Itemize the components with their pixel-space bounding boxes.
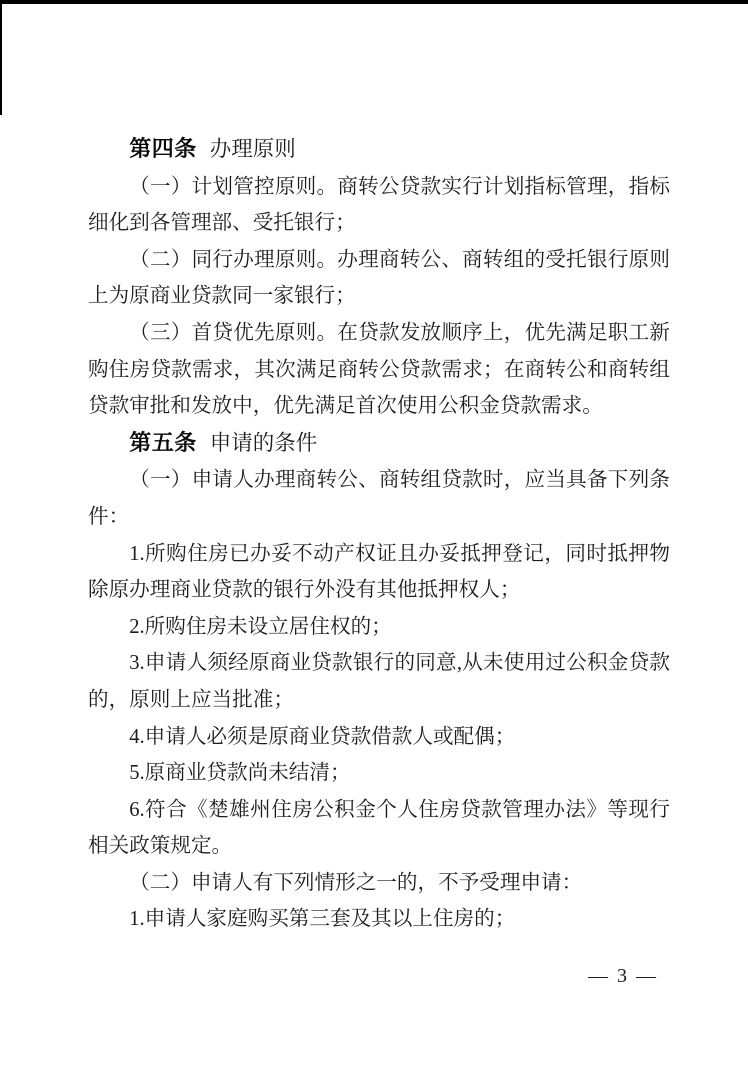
- document-body: 第四条办理原则（一）计划管控原则。商转公贷款实行计划指标管理，指标细化到各管理部…: [88, 131, 670, 938]
- article-heading: 第四条办理原则: [88, 131, 670, 169]
- article-number: 第四条: [129, 136, 197, 161]
- paragraph: （一）计划管控原则。商转公贷款实行计划指标管理，指标细化到各管理部、受托银行；: [88, 169, 670, 242]
- article-title: 申请的条件: [210, 431, 318, 455]
- paragraph: 2.所购住房未设立居住权的；: [88, 609, 670, 646]
- paragraph: （三）首贷优先原则。在贷款发放顺序上，优先满足职工新购住房贷款需求，其次满足商转…: [88, 315, 670, 425]
- paragraph: 3.申请人须经原商业贷款银行的同意,从未使用过公积金贷款的，原则上应当批准；: [88, 645, 670, 718]
- paragraph: 5.原商业贷款尚未结清；: [88, 755, 670, 792]
- paragraph: （一）申请人办理商转公、商转组贷款时，应当具备下列条件：: [88, 462, 670, 535]
- document-page: 第四条办理原则（一）计划管控原则。商转公贷款实行计划指标管理，指标细化到各管理部…: [0, 0, 748, 1069]
- paragraph: 1.申请人家庭购买第三套及其以上住房的；: [88, 901, 670, 938]
- scan-edge-top-bar: [0, 0, 748, 4]
- page-number: — 3 —: [586, 965, 660, 988]
- article-heading: 第五条申请的条件: [88, 425, 670, 463]
- article-title: 办理原则: [210, 137, 296, 161]
- article-number: 第五条: [129, 430, 197, 455]
- scan-edge-left-strip: [0, 0, 2, 115]
- paragraph: 4.申请人必须是原商业贷款借款人或配偶；: [88, 719, 670, 756]
- paragraph: （二）同行办理原则。办理商转公、商转组的受托银行原则上为原商业贷款同一家银行；: [88, 242, 670, 315]
- paragraph: 6.符合《楚雄州住房公积金个人住房贷款管理办法》等现行相关政策规定。: [88, 792, 670, 865]
- paragraph: （二）申请人有下列情形之一的，不予受理申请：: [88, 865, 670, 902]
- paragraph: 1.所购住房已办妥不动产权证且办妥抵押登记，同时抵押物除原办理商业贷款的银行外没…: [88, 536, 670, 609]
